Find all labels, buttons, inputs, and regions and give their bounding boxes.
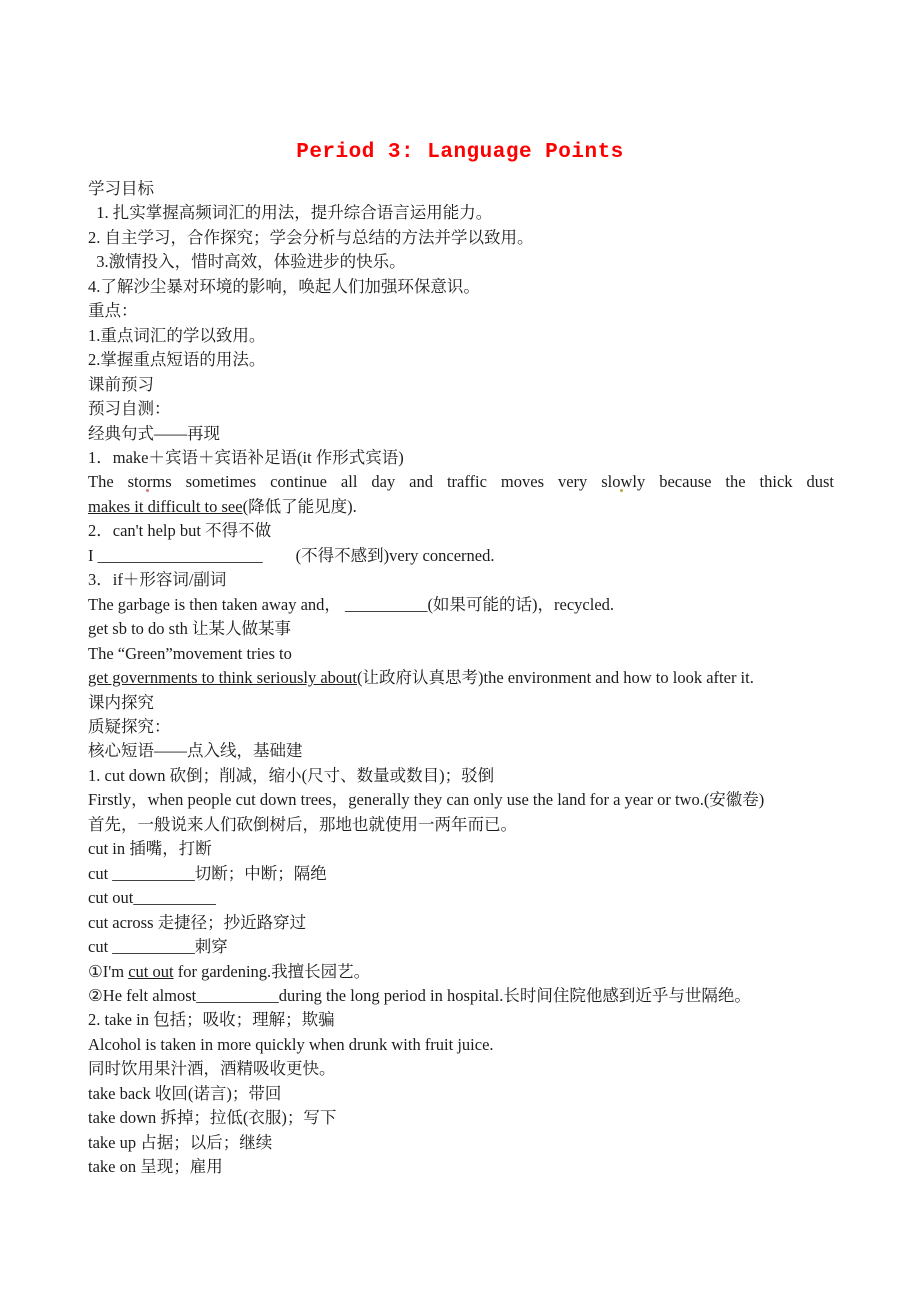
document-line: cut in 插嘴，打断 [88,837,834,861]
text-segment: ____________________ [98,546,263,565]
text-segment: 3.激情投入，惜时高效，体验进步的快乐。 [88,252,406,271]
document-line: cut across 走捷径；抄近路穿过 [88,911,834,935]
document-line: take down 拆掉；拉低(衣服)；写下 [88,1106,834,1130]
text-segment: 2.掌握重点短语的用法。 [88,350,265,369]
document-line: 2. 自主学习，合作探究；学会分析与总结的方法并学以致用。 [88,226,834,250]
document-line: 重点： [88,299,834,323]
text-segment: (如果可能的话)，recycled. [428,595,615,614]
text-segment: cut out [88,888,133,907]
text-segment: for gardening.我擅长园艺。 [174,962,371,981]
document-line: 核心短语——点入线，基础建 [88,739,834,763]
document-line: 4.了解沙尘暴对环境的影响，唤起人们加强环保意识。 [88,275,834,299]
text-segment: take up 占据；以后；继续 [88,1133,272,1152]
document-line: ①I'm cut out for gardening.我擅长园艺。 [88,960,834,984]
text-segment: 2．can't help but 不得不做 [88,521,271,540]
document-line: I ____________________ (不得不感到)very conce… [88,544,834,568]
text-segment: 4.了解沙尘暴对环境的影响，唤起人们加强环保意识。 [88,277,480,296]
text-segment: because the thick dust [645,472,834,491]
document-line: 3.激情投入，惜时高效，体验进步的快乐。 [88,250,834,274]
document-line: 经典句式——再现 [88,422,834,446]
text-segment: __________ [196,986,279,1005]
text-segment: cut [88,937,112,956]
underlined-answer-text: makes it difficult to see [88,497,243,516]
document-line: 1．make＋宾语＋宾语补足语(it 作形式宾语) [88,446,834,470]
document-line: 1. cut down 砍倒；削减，缩小(尺寸、数量或数目)；驳倒 [88,764,834,788]
document-line: 2．can't help but 不得不做 [88,519,834,543]
text-segment: __________ [133,888,216,907]
document-line: 学习目标 [88,177,834,201]
text-segment: 质疑探究： [88,717,171,736]
document-line: 1.重点词汇的学以致用。 [88,324,834,348]
text-segment: ②He felt almost [88,986,196,1005]
document-line: take on 呈现；雇用 [88,1155,834,1179]
text-segment: Alcohol is taken in more quickly when dr… [88,1035,494,1054]
text-segment: cut in 插嘴，打断 [88,839,212,858]
text-segment: 学习目标 [88,179,154,198]
document-line: 1. 扎实掌握高频词汇的用法，提升综合语言运用能力。 [88,201,834,225]
document-line: take up 占据；以后；继续 [88,1131,834,1155]
text-segment: during the long period in hospital.长时间住院… [279,986,751,1005]
text-segment: (让政府认真思考)the environment and how to look… [357,668,754,687]
document-line: 首先，一般说来人们砍倒树后，那地也就使用一两年而已。 [88,813,834,837]
document-body: 学习目标 1. 扎实掌握高频词汇的用法，提升综合语言运用能力。2. 自主学习，合… [88,177,834,1180]
text-segment: 2. 自主学习，合作探究；学会分析与总结的方法并学以致用。 [88,228,534,247]
text-segment: The “Green”movement tries to [88,644,292,663]
text-segment: get sb to do sth 让某人做某事 [88,619,291,638]
text-segment: I [88,546,98,565]
text-segment: (降低了能见度). [243,497,357,516]
page-title: Period 3: Language Points [0,141,920,164]
document-line: 课前预习 [88,373,834,397]
document-line: The “Green”movement tries to [88,642,834,666]
text-segment: cut [88,864,112,883]
text-segment: 3．if＋形容词/副词 [88,570,226,589]
text-segment: 首先，一般说来人们砍倒树后，那地也就使用一两年而已。 [88,815,517,834]
text-segment: 课前预习 [88,375,154,394]
text-segment: __________ [112,864,195,883]
document-line: Firstly，when people cut down trees，gener… [88,788,834,812]
text-segment: cut across 走捷径；抄近路穿过 [88,913,306,932]
text-segment: 1. cut down 砍倒；削减，缩小(尺寸、数量或数目)；驳倒 [88,766,494,785]
text-segment: 重点： [88,301,138,320]
text-segment: 1．make＋宾语＋宾语补足语(it 作形式宾语) [88,448,404,467]
text-segment: 同时饮用果汁酒，酒精吸收更快。 [88,1059,336,1078]
document-line: 2.掌握重点短语的用法。 [88,348,834,372]
text-segment: 切断；中断；隔绝 [195,864,327,883]
document-page: Period 3: Language Points 学习目标 1. 扎实掌握高频… [0,0,920,1302]
document-line: makes it difficult to see(降低了能见度). [88,495,834,519]
document-line: ②He felt almost__________during the long… [88,984,834,1008]
text-segment: __________ [345,595,428,614]
document-line: cut out__________ [88,886,834,910]
text-segment: The [88,472,128,491]
document-line: get sb to do sth 让某人做某事 [88,617,834,641]
text-segment: sometimes continue all day and traffic m… [172,472,602,491]
text-segment: Firstly，when people cut down trees，gener… [88,790,764,809]
document-line: 2. take in 包括；吸收；理解；欺骗 [88,1008,834,1032]
text-segment: (不得不感到)very concerned. [263,546,495,565]
text-segment: 1. 扎实掌握高频词汇的用法，提升综合语言运用能力。 [88,203,492,222]
underlined-answer-text: cut out [128,962,173,981]
document-line: 预习自测： [88,397,834,421]
document-line: take back 收回(诺言)；带回 [88,1082,834,1106]
document-line: cut __________刺穿 [88,935,834,959]
text-segment: storms [128,472,172,491]
text-segment: 2. take in 包括；吸收；理解；欺骗 [88,1010,335,1029]
text-segment: 1.重点词汇的学以致用。 [88,326,265,345]
underlined-answer-text: get governments to think seriously about [88,668,357,687]
document-line: cut __________切断；中断；隔绝 [88,862,834,886]
text-segment: The garbage is then taken away and， [88,595,345,614]
text-segment: 核心短语——点入线，基础建 [88,741,303,760]
document-line: 同时饮用果汁酒，酒精吸收更快。 [88,1057,834,1081]
text-segment: 刺穿 [195,937,228,956]
document-line: 质疑探究： [88,715,834,739]
document-line: Alcohol is taken in more quickly when dr… [88,1033,834,1057]
text-segment: take on 呈现；雇用 [88,1157,223,1176]
document-line: 3．if＋形容词/副词 [88,568,834,592]
text-segment: 课内探究 [88,693,154,712]
text-segment: 经典句式——再现 [88,424,220,443]
document-line: The garbage is then taken away and， ____… [88,593,834,617]
document-line: 课内探究 [88,691,834,715]
text-segment: take down 拆掉；拉低(衣服)；写下 [88,1108,336,1127]
text-segment: 预习自测： [88,399,171,418]
text-segment: __________ [112,937,195,956]
text-segment: slowly [601,472,645,491]
text-segment: take back 收回(诺言)；带回 [88,1084,281,1103]
text-segment: ①I'm [88,962,128,981]
document-line: get governments to think seriously about… [88,666,834,690]
document-line: The storms sometimes continue all day an… [88,470,834,494]
